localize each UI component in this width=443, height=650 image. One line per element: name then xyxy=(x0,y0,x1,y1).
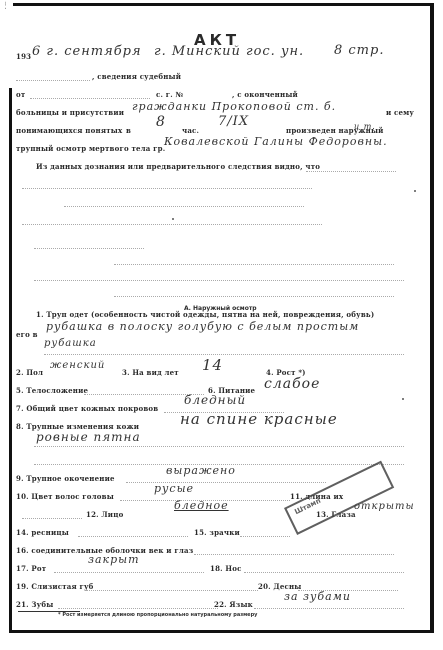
item10-value: русые xyxy=(154,482,194,495)
item12-label: 12. Лицо xyxy=(86,510,123,519)
item8-value-cont: ровные пятна xyxy=(36,430,141,444)
line5-label: понимающихся понятых xyxy=(16,126,122,135)
item7-value: бледный xyxy=(184,393,246,407)
item-18: 18. Нос xyxy=(210,562,422,576)
line4-suffix: и сему xyxy=(386,106,422,120)
blank-line xyxy=(34,248,144,249)
line3-from-label: от xyxy=(16,90,25,99)
line7-label: Из данных дознания или предварительного … xyxy=(36,162,320,171)
date-handwritten: 6 г. сентября xyxy=(32,44,142,59)
item17-value: закрыт xyxy=(88,553,140,566)
item1-handwritten: рубашка в полоску голубую с белым просты… xyxy=(46,320,359,333)
fill-line xyxy=(54,572,204,573)
item1-prefix: его в xyxy=(16,330,38,339)
frame-left-gap xyxy=(6,0,13,88)
item22-value: за зубами xyxy=(284,590,351,603)
line5-right-handwritten: и т. xyxy=(354,122,376,131)
fill-line xyxy=(30,98,150,99)
item5-label: 5. Телосложение xyxy=(16,386,88,395)
ink-speck xyxy=(402,398,404,400)
fill-line xyxy=(244,572,404,573)
item14-label: 14. ресницы xyxy=(16,528,69,537)
fill-line xyxy=(86,590,258,591)
document-page: АКТ 193 6 г. сентября г. Минский гос. ун… xyxy=(14,8,426,626)
line5-hour-handwritten: 8 xyxy=(156,114,166,130)
item1-handwritten-cont: рубашка xyxy=(44,338,97,349)
item15-label: 15. зрачки xyxy=(194,528,240,537)
item-16: 16. соединительные оболочки век и глаз xyxy=(16,544,422,558)
line6-label: трупный осмотр мертвого тела гр. xyxy=(16,144,165,153)
item2-value: женский xyxy=(50,360,105,371)
header-line-2: , сведения судебный xyxy=(92,70,422,84)
item8-value: на спине красные xyxy=(180,410,338,428)
item9-label: 9. Трупное окоченение xyxy=(16,474,115,483)
item2-label: 2. Пол xyxy=(16,368,43,377)
item21-label: 21. Зубы xyxy=(16,600,53,609)
place-handwritten: г. Минский гос. ун. xyxy=(154,44,304,59)
place-suffix-handwritten: 8 стр. xyxy=(334,43,384,58)
item1-label: 1. Труп одет (особенность чистой одежды,… xyxy=(36,310,374,319)
blank-line xyxy=(34,446,404,447)
fill-line xyxy=(194,554,394,555)
line5-minutes-handwritten: 7/IX xyxy=(218,114,249,129)
blank-line xyxy=(44,354,404,355)
line5-in-label: в xyxy=(126,126,131,135)
item19-label: 19. Слизистая губ xyxy=(16,582,94,591)
line3-mid-label: с. г. № xyxy=(156,90,183,99)
fill-line xyxy=(58,608,218,609)
ink-speck xyxy=(414,190,416,192)
blank-line xyxy=(114,296,394,297)
line5-hour-label: час. xyxy=(182,126,199,135)
item9-value: выражено xyxy=(166,464,236,477)
item22-label: 22. Язык xyxy=(214,600,253,609)
item17-label: 17. Рот xyxy=(16,564,46,573)
item12-value: бледное xyxy=(174,499,229,512)
fill-line xyxy=(16,80,90,81)
ink-speck xyxy=(172,218,174,220)
item7-label: 7. Общий цвет кожных покровов xyxy=(16,404,158,413)
item3-label: 3. На вид лет xyxy=(122,368,179,377)
blank-line xyxy=(22,188,312,189)
year-prefix: 193 xyxy=(16,52,31,61)
item10-label: 10. Цвет волос головы xyxy=(16,492,114,501)
item18-label: 18. Нос xyxy=(210,564,242,573)
fill-line xyxy=(78,536,188,537)
line4-handwritten: гражданки Прокоповой ст. б. xyxy=(132,100,336,113)
fill-line xyxy=(240,536,290,537)
blank-line xyxy=(34,280,404,281)
fill-line xyxy=(254,608,404,609)
blank-line xyxy=(22,224,322,225)
line4-label: больницы и присутствии xyxy=(16,108,124,117)
line2-label: , сведения судебный xyxy=(92,72,181,81)
blank-line xyxy=(114,264,394,265)
footnote: * Рост измеряется длиною пропорционально… xyxy=(58,612,257,618)
item3-value: 14 xyxy=(202,356,223,374)
blank-line xyxy=(64,206,304,207)
fill-line xyxy=(306,171,396,172)
line6-handwritten: Ковалевской Галины Федоровны. xyxy=(164,135,388,148)
fill-line xyxy=(22,518,82,519)
item6-value: слабое xyxy=(264,376,320,392)
line4-suffix-label: и сему xyxy=(386,108,414,117)
line3-right-label: , с оконченный xyxy=(232,90,298,99)
